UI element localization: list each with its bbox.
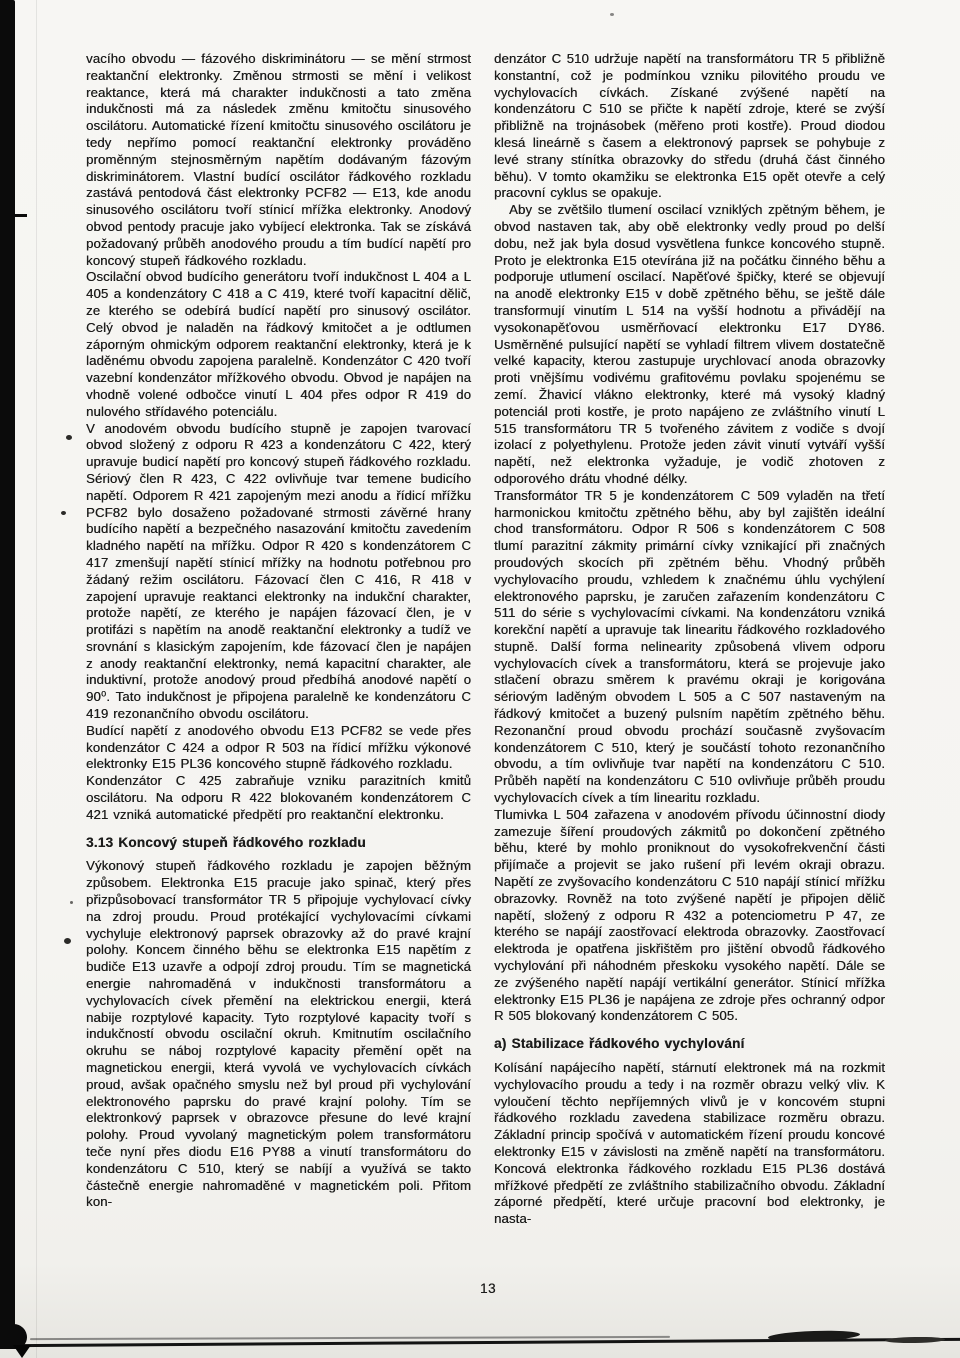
section-heading: 3.13 Koncový stupeň řádkového rozkladu [86, 835, 471, 852]
paragraph: Tlumivka L 504 zařazena v anodovém přívo… [494, 807, 885, 1025]
ink-spot [610, 13, 614, 16]
paragraph: Kolísání napájecího napětí, stárnutí ele… [494, 1060, 885, 1228]
scan-fold-line [36, 0, 37, 1358]
ink-spot [64, 938, 71, 944]
ink-spot [61, 511, 66, 515]
paragraph: denzátor C 510 udržuje napětí na transfo… [494, 51, 885, 202]
paragraph: Oscilační obvod budícího generátoru tvoř… [86, 269, 471, 420]
ink-spot [70, 901, 73, 904]
paragraph: V anodovém obvodu budícího stupně je zap… [86, 421, 471, 723]
page-number: 13 [480, 1281, 496, 1296]
paragraph: Výkonový stupeň řádkového rozkladu je za… [86, 858, 471, 1211]
paragraph: Aby se zvětšilo tlumení oscilací vzniklý… [494, 202, 885, 488]
scanned-book-page: { "document": { "language": "cs", "page_… [0, 0, 960, 1358]
right-text-column: denzátor C 510 udržuje napětí na transfo… [494, 51, 885, 1228]
paragraph: Transformátor TR 5 je kondenzátorem C 50… [494, 488, 885, 807]
left-text-column: vacího obvodu — fázového diskriminátoru … [86, 51, 471, 1211]
scan-corner-arrow [13, 1345, 31, 1358]
paragraph: Budící napětí z anodového obvodu E13 PCF… [86, 723, 471, 773]
paragraph: Kondenzátor C 425 zabraňuje vzniku paraz… [86, 773, 471, 823]
ink-spot [66, 435, 72, 440]
subsection-heading: a) Stabilizace řádkového vychylování [494, 1036, 885, 1053]
paragraph: vacího obvodu — fázového diskriminátoru … [86, 51, 471, 269]
scan-gutter-edge [0, 0, 15, 1332]
scan-gutter-tick [14, 214, 27, 217]
